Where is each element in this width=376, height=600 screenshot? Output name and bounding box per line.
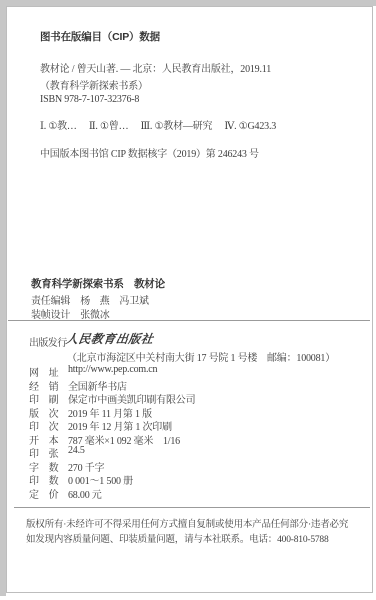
table-row: 版 次2019 年 11 月第 1 版 [0, 405, 376, 419]
cip-registry-line: 中国版本图书馆 CIP 数据核字（2019）第 246243 号 [40, 145, 259, 160]
row-label: 定 价 [29, 486, 58, 501]
row-value: 24.5 [68, 445, 85, 456]
table-row: 印 数0 001～1 500 册 [0, 472, 376, 486]
table-row: 字 数270 千字 [0, 459, 376, 473]
row-value: http://www.pep.com.cn [68, 364, 157, 375]
divider-top [8, 320, 370, 321]
table-row: 经 销全国新华书店 [0, 378, 376, 392]
table-row: 定 价68.00 元 [0, 486, 376, 500]
publisher-logo-script: 人民教育出版社 [65, 330, 155, 347]
book-copyright-page: { "cip": { "title": "图书在版编目（CIP）数据", "li… [0, 0, 376, 600]
table-row: 印 张24.5 [0, 445, 376, 459]
table-row: 印 次2019 年 12 月第 1 次印刷 [0, 418, 376, 432]
quality-contact-notice: 如发现内容质量问题、印装质量问题，请与本社联系。电话：400-810-5788 [26, 531, 329, 545]
designer-line: 装帧设计张微冰 [31, 306, 110, 321]
publisher-label: 出版发行 [29, 334, 67, 349]
isbn-line: ISBN 978-7-107-32376-8 [40, 94, 139, 105]
cip-heading: 图书在版编目（CIP）数据 [40, 29, 160, 44]
row-value: 68.00 元 [68, 486, 102, 501]
editor-line: 责任编辑杨 燕 冯卫斌 [31, 292, 149, 307]
table-row: 网 址http://www.pep.com.cn [0, 364, 376, 378]
cip-series-line: （教育科学新探索书系） [40, 77, 148, 92]
copyright-notice: 版权所有·未经许可不得采用任何方式擅自复制或使用本产品任何部分·违者必究 [26, 516, 348, 530]
cip-classification-line: Ⅰ. ①教… Ⅱ. ①曾… Ⅲ. ①教材—研究 Ⅳ. ①G423.3 [40, 117, 276, 132]
publishing-info-table: 网 址http://www.pep.com.cn 经 销全国新华书店 印 刷保定… [0, 364, 376, 499]
table-row: 开 本787 毫米×1 092 毫米 1/16 [0, 432, 376, 446]
divider-bottom [14, 507, 370, 508]
table-row: 印 刷保定市中画美凯印刷有限公司 [0, 391, 376, 405]
cip-book-title-line: 教材论 / 曾天山著. — 北京：人民教育出版社，2019.11 [40, 60, 271, 75]
publisher-address: （北京市海淀区中关村南大街 17 号院 1 号楼 邮编：100081） [67, 349, 335, 364]
series-and-book-title: 教育科学新探索书系 教材论 [31, 276, 165, 291]
